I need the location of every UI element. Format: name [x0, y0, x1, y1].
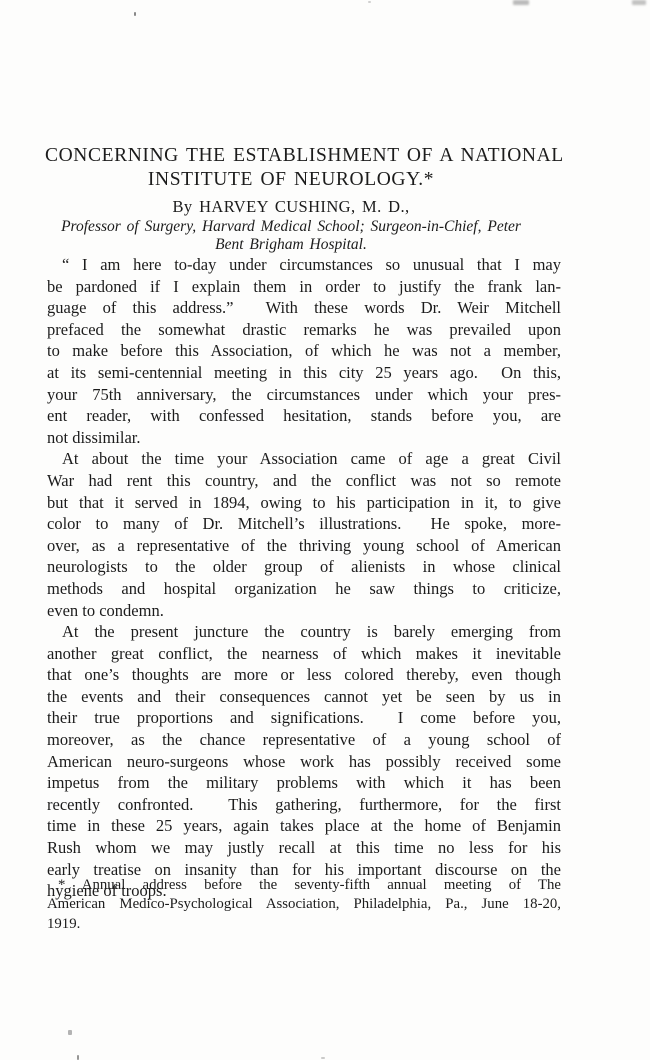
scan-artifact	[513, 0, 529, 5]
text-line: methods and hospital organization he saw…	[47, 578, 561, 600]
article-header: CONCERNING THE ESTABLISHMENT OF A NATION…	[45, 144, 537, 253]
title-line-2: INSTITUTE OF NEUROLOGY.*	[45, 168, 537, 192]
text-line: that one’s thoughts are more or less col…	[47, 664, 561, 686]
author-affiliation: Professor of Surgery, Harvard Medical Sc…	[45, 218, 537, 253]
byline: By HARVEY CUSHING, M. D.,	[45, 198, 537, 216]
text-line: recently confronted. This gathering, fur…	[47, 794, 561, 816]
scan-artifact	[321, 1057, 325, 1059]
scan-artifact	[77, 1055, 79, 1060]
text-line: At about the time your Association came …	[47, 448, 561, 470]
scan-artifact	[134, 12, 136, 16]
text-line: but that it served in 1894, owing to his…	[47, 492, 561, 514]
text-line: American neuro-surgeons whose work has p…	[47, 751, 561, 773]
text-line: War had rent this country, and the confl…	[47, 470, 561, 492]
text-line: At the present juncture the country is b…	[47, 621, 561, 643]
text-line: * Annual address before the seventy-fift…	[47, 876, 561, 895]
text-line: Rush whom we may justly recall at this t…	[47, 837, 561, 859]
paragraph-2: At about the time your Association came …	[47, 448, 561, 621]
article-body: “ I am here to-day under circumstances s…	[47, 254, 561, 902]
text-line: their true proportions and signification…	[47, 707, 561, 729]
text-line: 1919.	[47, 915, 561, 934]
text-line: impetus from the military problems with …	[47, 772, 561, 794]
text-line: American Medico-Psychological Associatio…	[47, 895, 561, 914]
text-line: color to many of Dr. Mitchell’s illustra…	[47, 513, 561, 535]
text-line: be pardoned if I explain them in order t…	[47, 276, 561, 298]
paragraph-1: “ I am here to-day under circumstances s…	[47, 254, 561, 448]
paragraph-3: At the present juncture the country is b…	[47, 621, 561, 902]
scan-artifact	[68, 1030, 72, 1035]
scan-artifact	[632, 0, 646, 5]
text-line: your 75th anniversary, the circumstances…	[47, 384, 561, 406]
text-line: another great conflict, the nearness of …	[47, 643, 561, 665]
text-line: time in these 25 years, again takes plac…	[47, 815, 561, 837]
text-line: to make before this Association, of whic…	[47, 340, 561, 362]
text-line: even to condemn.	[47, 600, 561, 622]
footnote: * Annual address before the seventy-fift…	[47, 876, 561, 934]
affiliation-line-1: Professor of Surgery, Harvard Medical Sc…	[45, 218, 537, 236]
text-line: not dissimilar.	[47, 427, 561, 449]
text-line: over, as a representative of the thrivin…	[47, 535, 561, 557]
scanned-page: CONCERNING THE ESTABLISHMENT OF A NATION…	[0, 0, 650, 1060]
article-title: CONCERNING THE ESTABLISHMENT OF A NATION…	[45, 144, 537, 192]
text-line: neurologists to the older group of alien…	[47, 556, 561, 578]
text-line: “ I am here to-day under circumstances s…	[47, 254, 561, 276]
text-line: ent reader, with confessed hesitation, s…	[47, 405, 561, 427]
text-line: moreover, as the chance representative o…	[47, 729, 561, 751]
text-line: guage of this address.” With these words…	[47, 297, 561, 319]
affiliation-line-2: Bent Brigham Hospital.	[45, 236, 537, 254]
text-line: at its semi-centennial meeting in this c…	[47, 362, 561, 384]
title-line-1: CONCERNING THE ESTABLISHMENT OF A NATION…	[45, 144, 537, 168]
scan-artifact	[368, 1, 371, 3]
text-line: the events and their consequences cannot…	[47, 686, 561, 708]
text-line: prefaced the somewhat drastic remarks he…	[47, 319, 561, 341]
